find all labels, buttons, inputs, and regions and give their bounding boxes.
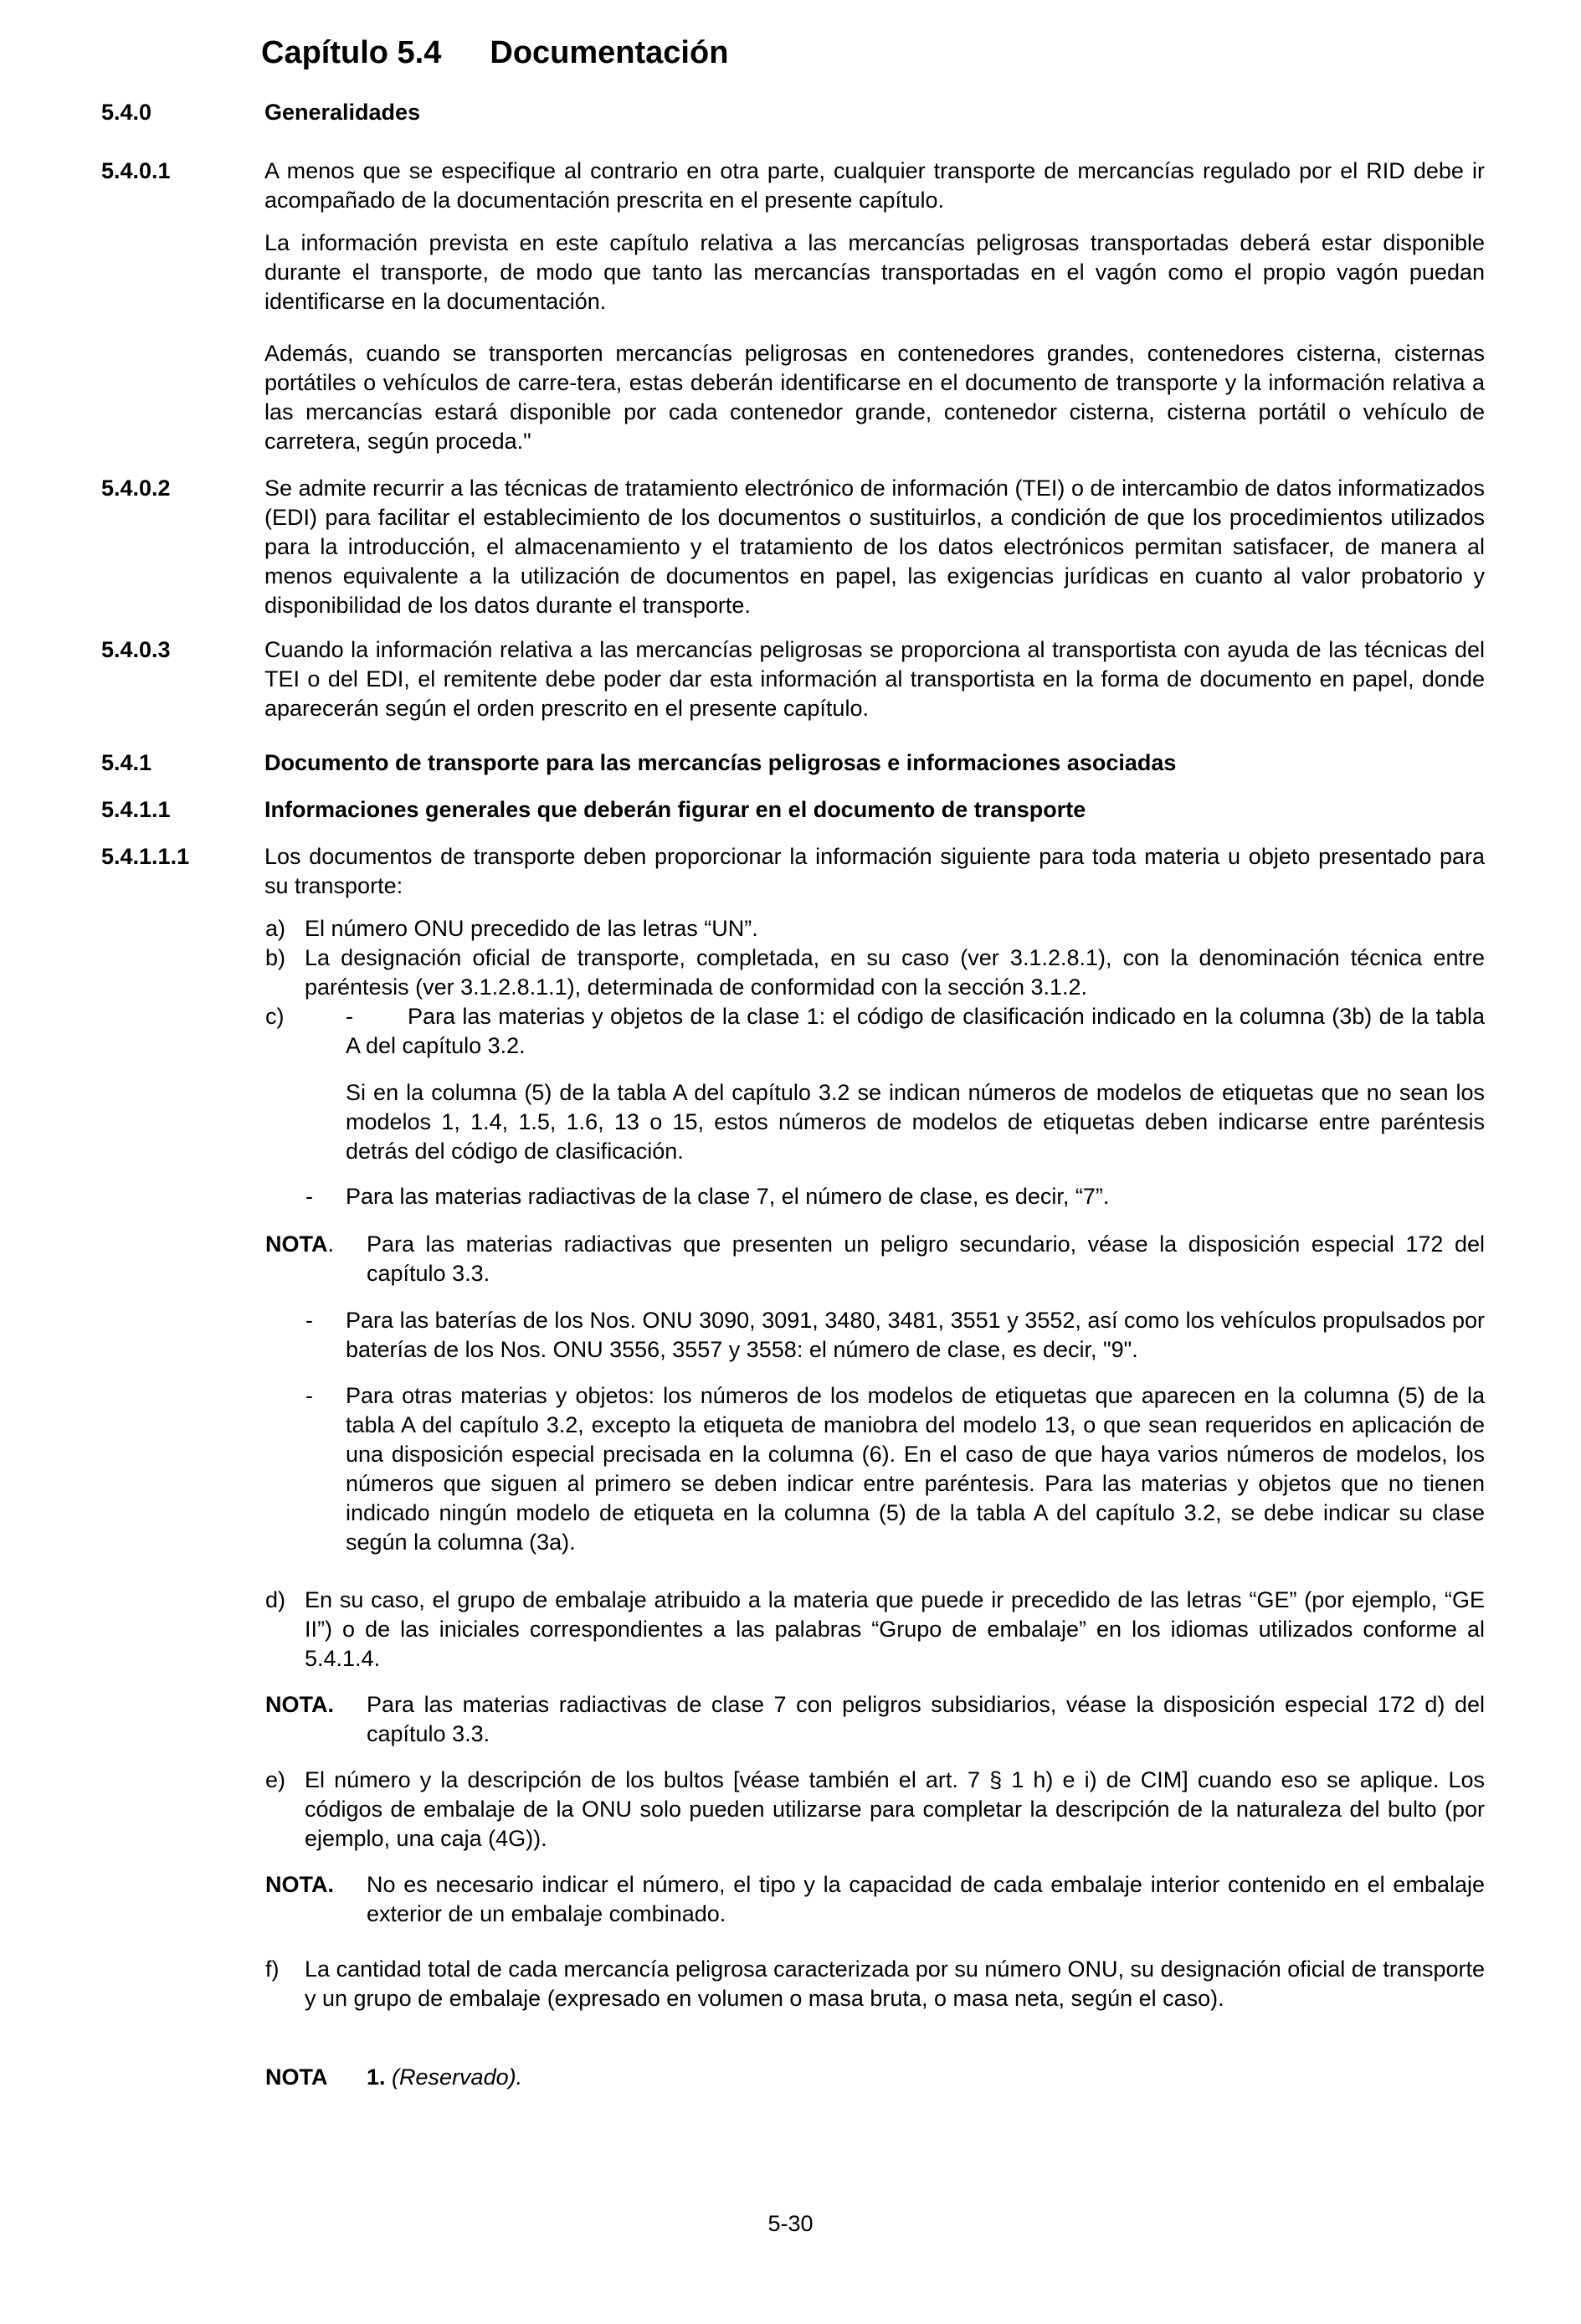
note-text: Para las materias radiactivas que presen… [367,1230,1485,1288]
list-item-a: a) El número ONU precedido de las letras… [265,914,1485,943]
paragraph: La información prevista en este capítulo… [264,229,1485,316]
dash-text: Para las baterías de los Nos. ONU 3090, … [346,1306,1485,1365]
note: NOTA. Para las materias radiactivas de c… [265,1690,1485,1749]
section-number: 5.4.0.2 [101,474,171,503]
list-label: d) [265,1586,285,1615]
dash-item: - Para las baterías de los Nos. ONU 3090… [305,1306,1485,1365]
note-label: NOTA. [265,1870,334,1900]
dash-text: Para las materias radiactivas de la clas… [346,1182,1485,1211]
section-heading: Documento de transporte para las mercanc… [264,748,1485,778]
dash-item: - Para las materias radiactivas de la cl… [305,1182,1485,1211]
dash-text: Para otras materias y objetos: los númer… [346,1381,1485,1557]
note-label: NOTA [265,2063,328,2092]
paragraph: Además, cuando se transporten mercancías… [264,339,1485,456]
list-item-c: c) - Para las materias y objetos de la c… [265,1002,1485,1061]
section-number: 5.4.1.1 [101,795,171,825]
section-number: 5.4.1.1.1 [101,842,189,871]
list-label: e) [265,1766,285,1795]
chapter-number: Capítulo 5.4 [261,35,441,70]
list-label: c) [265,1002,285,1031]
paragraph: A menos que se especifique al contrario … [264,157,1485,215]
section-number: 5.4.1 [101,748,151,778]
section-number: 5.4.0.3 [101,635,171,665]
section-number: 5.4.0 [101,98,151,127]
dash-marker: - [305,1381,313,1411]
list-text: Para las materias y objetos de la clase … [346,1002,1485,1061]
note-text: Para las materias radiactivas de clase 7… [367,1690,1485,1749]
list-label: b) [265,943,285,973]
chapter-title: Capítulo 5.4Documentación [261,33,728,72]
note-label: NOTA. [265,1230,334,1259]
paragraph: Cuando la información relativa a las mer… [264,635,1485,723]
list-label: f) [265,1955,280,1984]
section-number: 5.4.0.1 [101,157,171,186]
list-text: La cantidad total de cada mercancía peli… [305,1955,1485,2013]
note: NOTA. No es necesario indicar el número,… [265,1870,1485,1929]
note: NOTA. Para las materias radiactivas que … [265,1230,1485,1288]
chapter-name: Documentación [490,35,728,70]
note-label: NOTA. [265,1690,334,1720]
paragraph: Se admite recurrir a las técnicas de tra… [264,474,1485,620]
list-text: En su caso, el grupo de embalaje atribui… [305,1586,1485,1674]
list-item-d: d) En su caso, el grupo de embalaje atri… [265,1586,1485,1674]
list-label: a) [265,914,285,943]
note: NOTA 1. (Reservado). [265,2063,1485,2092]
dash-marker: - [346,1002,353,1031]
page-number: 5-30 [0,2209,1581,2239]
note-reserved: (Reservado). [392,2064,522,2090]
paragraph: Los documentos de transporte deben propo… [264,842,1485,901]
list-text: El número ONU precedido de las letras “U… [305,914,1485,943]
list-text: La designación oficial de transporte, co… [305,943,1485,1002]
note-text: No es necesario indicar el número, el ti… [367,1870,1485,1929]
list-item-f: f) La cantidad total de cada mercancía p… [265,1955,1485,2013]
dash-marker: - [305,1306,313,1335]
document-page: Capítulo 5.4Documentación 5.4.0 Generali… [0,0,1581,2324]
list-text: El número y la descripción de los bultos… [305,1766,1485,1854]
dash-item: - Para otras materias y objetos: los núm… [305,1381,1485,1557]
note-number: 1. [367,2064,386,2090]
note-text: 1. (Reservado). [367,2063,1485,2092]
sub-paragraph: Si en la columna (5) de la tabla A del c… [346,1078,1485,1166]
list-item-b: b) La designación oficial de transporte,… [265,943,1485,1002]
section-heading: Generalidades [264,98,1485,127]
list-item-e: e) El número y la descripción de los bul… [265,1766,1485,1854]
dash-marker: - [305,1182,313,1211]
section-heading: Informaciones generales que deberán figu… [264,795,1485,825]
